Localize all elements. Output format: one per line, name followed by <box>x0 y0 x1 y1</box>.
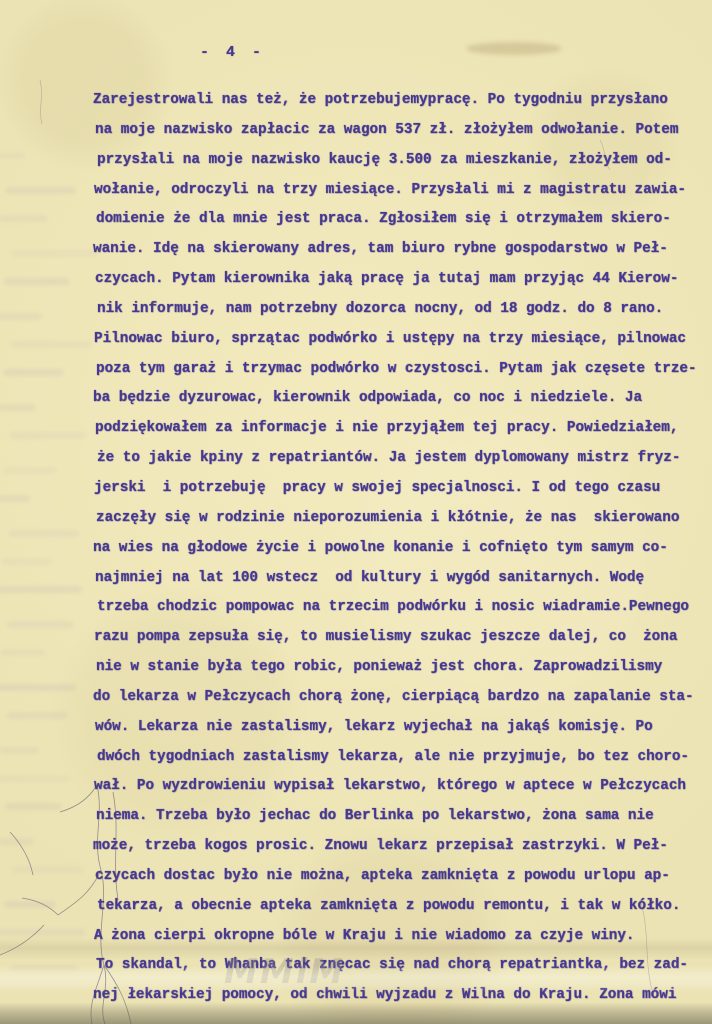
text-line: wołanie, odroczyli na trzy miesiące. Prz… <box>94 176 704 206</box>
text-line: nej łekarskiej pomocy, od chwili wyjzadu… <box>93 981 703 1011</box>
bleedthrough-smudge <box>5 803 62 810</box>
text-line: domienie że dla mnie jest praca. Zgłosił… <box>96 205 706 235</box>
bleedthrough-smudge <box>3 369 64 376</box>
typewritten-text-block: Zarejestrowali nas też, że potrzebujemyp… <box>95 86 705 1011</box>
bleedthrough-smudge <box>5 187 76 194</box>
text-line: Pilnowac biuro, sprzątac podwórko i ustę… <box>94 325 704 355</box>
text-line: nik informuje, nam potrzebny dozorca noc… <box>97 295 707 325</box>
text-line: wanie. Idę na skierowany adres, tam biur… <box>93 235 703 265</box>
scanned-document-page: - 4 - Zarejestrowali nas też, że potrzeb… <box>0 0 712 1024</box>
text-line: czycach. Pytam kierownika jaką pracę ja … <box>95 265 705 295</box>
text-line: poza tym garaż i trzymac podwórko w czys… <box>96 355 706 385</box>
text-line: jerski i potrzebuję pracy w swojej specj… <box>94 474 704 504</box>
bleedthrough-smudge <box>6 712 68 719</box>
text-line: wał. Po wyzdrowieniu wypisał lekarstwo, … <box>94 772 704 802</box>
bleedthrough-smudge <box>0 838 34 845</box>
text-line: na moje nazwisko zapłacic za wagon 537 z… <box>95 116 705 146</box>
bleedthrough-smudge <box>0 215 48 222</box>
bleedthrough-smudge <box>2 467 58 474</box>
text-line: czycach dostac było nie można, apteka za… <box>95 862 705 892</box>
bleedthrough-smudge <box>0 586 82 593</box>
text-line: zaczęły się w rodzinie nieporozumienia i… <box>96 504 706 534</box>
ink-smudge <box>466 42 562 55</box>
text-line: nie w stanie była tego robic, ponieważ j… <box>96 653 706 683</box>
bleedthrough-smudge <box>7 621 74 628</box>
bleedthrough-smudge <box>10 964 78 971</box>
bleedthrough-smudge <box>0 152 26 159</box>
text-line: wów. Lekarza nie zastalismy, lekarz wyje… <box>95 713 705 743</box>
bleedthrough-smudge <box>4 278 70 285</box>
text-line: najmniej na lat 100 wstecz od kultury i … <box>95 564 705 594</box>
text-line: do lekarza w Pełczycach chorą żonę, cier… <box>93 683 703 713</box>
text-line: To skandal, to Whanba tak znęcac się nad… <box>96 951 706 981</box>
page-number: - 4 - <box>200 44 265 61</box>
bleedthrough-smudge <box>0 747 40 754</box>
text-line: że to jakie kpiny z repatriantów. Ja jes… <box>97 444 707 474</box>
bleedthrough-smudge <box>10 341 92 348</box>
text-line: tekarza, a obecnie apteka zamknięta z po… <box>97 892 707 922</box>
text-line: podziękowałem za informacje i nie przyją… <box>95 414 705 444</box>
bleedthrough-smudge <box>0 404 36 411</box>
bleedthrough-smudge <box>4 901 56 908</box>
bleedthrough-smudge <box>9 432 86 439</box>
text-line: dwóch tygodniach zastalismy lekarza, ale… <box>97 743 707 773</box>
text-line: może, trzeba kogos prosic. Znowu lekarz … <box>93 832 703 862</box>
text-line: Zarejestrowali nas też, że potrzebujemyp… <box>93 86 703 116</box>
bleedthrough-smudge <box>0 313 42 320</box>
bleedthrough-smudge <box>0 929 86 936</box>
bleedthrough-smudge <box>0 775 70 782</box>
bleedthrough-smudge <box>0 495 30 502</box>
bleedthrough-smudge <box>0 649 46 656</box>
text-line: niema. Trzeba było jechac do Berlinka po… <box>96 802 706 832</box>
bleedthrough-smudge <box>11 250 98 257</box>
text-line: przysłali na moje nazwisko kaucję 3.500 … <box>97 146 707 176</box>
text-line: ba będzie dyzurowac, kierownik odpowiada… <box>93 384 703 414</box>
bleedthrough-smudge <box>0 684 76 691</box>
bleedthrough-smudge <box>1 558 52 565</box>
text-line: A żona cierpi okropne bóle w Kraju i nie… <box>94 922 704 952</box>
text-line: trzeba chodzic pompowac na trzecim podwó… <box>97 593 707 623</box>
bleedthrough-smudge <box>11 866 84 873</box>
text-line: na wies na głodowe życie i powolne konan… <box>93 534 703 564</box>
bleedthrough-smudge <box>8 530 80 537</box>
text-line: razu pompa zepsuła się, to musielismy sz… <box>94 623 704 653</box>
